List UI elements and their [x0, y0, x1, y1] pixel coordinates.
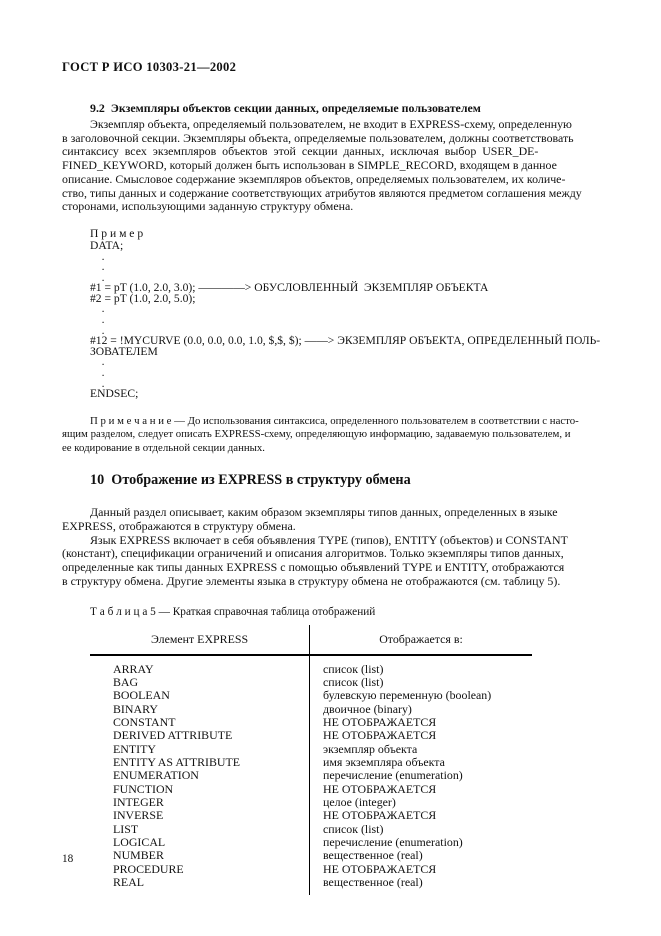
mapping-table: Элемент EXPRESS Отображается в: ARRAY сп…: [90, 625, 532, 896]
cell-element: BINARY: [90, 703, 310, 716]
table-row: LIST список (list): [90, 823, 532, 836]
table-row: BOOLEAN булевскую переменную (boolean): [90, 689, 532, 702]
table-row: INTEGER целое (integer): [90, 796, 532, 809]
table-row: CONSTANT НЕ ОТОБРАЖАЕТСЯ: [90, 716, 532, 729]
table-5-caption: Т а б л и ц а 5 — Краткая справочная таб…: [90, 606, 608, 618]
cell-element: DERIVED ATTRIBUTE: [90, 729, 310, 742]
table-row: ENTITY экземпляр объекта: [90, 743, 532, 756]
cell-element: ARRAY: [90, 655, 310, 676]
cell-mapping: НЕ ОТОБРАЖАЕТСЯ: [310, 863, 533, 876]
cell-element: NUMBER: [90, 849, 310, 862]
cell-element: ENUMERATION: [90, 769, 310, 782]
cell-mapping: вещественное (real): [310, 849, 533, 862]
header-row: Элемент EXPRESS Отображается в:: [90, 625, 532, 655]
cell-mapping: перечисление (enumeration): [310, 769, 533, 782]
table-row: ENUMERATION перечисление (enumeration): [90, 769, 532, 782]
cell-element: INVERSE: [90, 809, 310, 822]
cell-element: FUNCTION: [90, 783, 310, 796]
cell-mapping: список (list): [310, 676, 533, 689]
cell-mapping: булевскую переменную (boolean): [310, 689, 533, 702]
running-header: ГОСТ Р ИСО 10303-21—2002: [62, 60, 608, 75]
note-paragraph: П р и м е ч а н и е — До использования с…: [62, 415, 608, 456]
example-code-block: DATA; . . . #1 = pT (1.0, 2.0, 3.0); ———…: [90, 241, 608, 400]
cell-mapping: НЕ ОТОБРАЖАЕТСЯ: [310, 716, 533, 729]
cell-element: PROCEDURE: [90, 863, 310, 876]
section-10-paragraph-2: Язык EXPRESS включает в себя объявления …: [62, 534, 608, 589]
table-row: PROCEDURE НЕ ОТОБРАЖАЕТСЯ: [90, 863, 532, 876]
section-9-2-heading: 9.2 Экземпляры объектов секции данных, о…: [62, 101, 608, 116]
table-row: NUMBER вещественное (real): [90, 849, 532, 862]
cell-element: ENTITY AS ATTRIBUTE: [90, 756, 310, 769]
cell-element: CONSTANT: [90, 716, 310, 729]
mapping-table-header: Элемент EXPRESS Отображается в:: [90, 625, 532, 655]
cell-mapping: НЕ ОТОБРАЖАЕТСЯ: [310, 729, 533, 742]
cell-mapping: имя экземпляра объекта: [310, 756, 533, 769]
section-9-2-paragraph: Экземпляр объекта, определяемый пользова…: [62, 118, 608, 214]
document-page: ГОСТ Р ИСО 10303-21—2002 9.2 Экземпляры …: [0, 0, 661, 936]
table-row: FUNCTION НЕ ОТОБРАЖАЕТСЯ: [90, 783, 532, 796]
table-row: BAG список (list): [90, 676, 532, 689]
cell-mapping: НЕ ОТОБРАЖАЕТСЯ: [310, 809, 533, 822]
cell-element: REAL: [90, 876, 310, 895]
column-header-express: Элемент EXPRESS: [90, 625, 310, 655]
cell-mapping: список (list): [310, 655, 533, 676]
table-row: DERIVED ATTRIBUTE НЕ ОТОБРАЖАЕТСЯ: [90, 729, 532, 742]
table-row: INVERSE НЕ ОТОБРАЖАЕТСЯ: [90, 809, 532, 822]
cell-mapping: перечисление (enumeration): [310, 836, 533, 849]
mapping-table-body: ARRAY список (list) BAG список (list) BO…: [90, 655, 532, 896]
example-label: П р и м е р: [90, 227, 608, 240]
table-row: REAL вещественное (real): [90, 876, 532, 895]
cell-mapping: вещественное (real): [310, 876, 533, 895]
column-header-mapping: Отображается в:: [310, 625, 533, 655]
cell-mapping: список (list): [310, 823, 533, 836]
table-row: ARRAY список (list): [90, 655, 532, 676]
cell-element: LIST: [90, 823, 310, 836]
page-content: ГОСТ Р ИСО 10303-21—2002 9.2 Экземпляры …: [62, 60, 608, 895]
cell-element: INTEGER: [90, 796, 310, 809]
cell-mapping: целое (integer): [310, 796, 533, 809]
cell-element: ENTITY: [90, 743, 310, 756]
table-row: ENTITY AS ATTRIBUTE имя экземпляра объек…: [90, 756, 532, 769]
section-10-paragraph-1: Данный раздел описывает, каким образом э…: [62, 506, 608, 533]
table-row: LOGICAL перечисление (enumeration): [90, 836, 532, 849]
page-number: 18: [62, 853, 73, 865]
cell-mapping: двоичное (binary): [310, 703, 533, 716]
table-row: BINARY двоичное (binary): [90, 703, 532, 716]
section-10-heading: 10 Отображение из EXPRESS в структуру об…: [90, 472, 608, 489]
cell-mapping: экземпляр объекта: [310, 743, 533, 756]
cell-mapping: НЕ ОТОБРАЖАЕТСЯ: [310, 783, 533, 796]
cell-element: BAG: [90, 676, 310, 689]
cell-element: LOGICAL: [90, 836, 310, 849]
cell-element: BOOLEAN: [90, 689, 310, 702]
